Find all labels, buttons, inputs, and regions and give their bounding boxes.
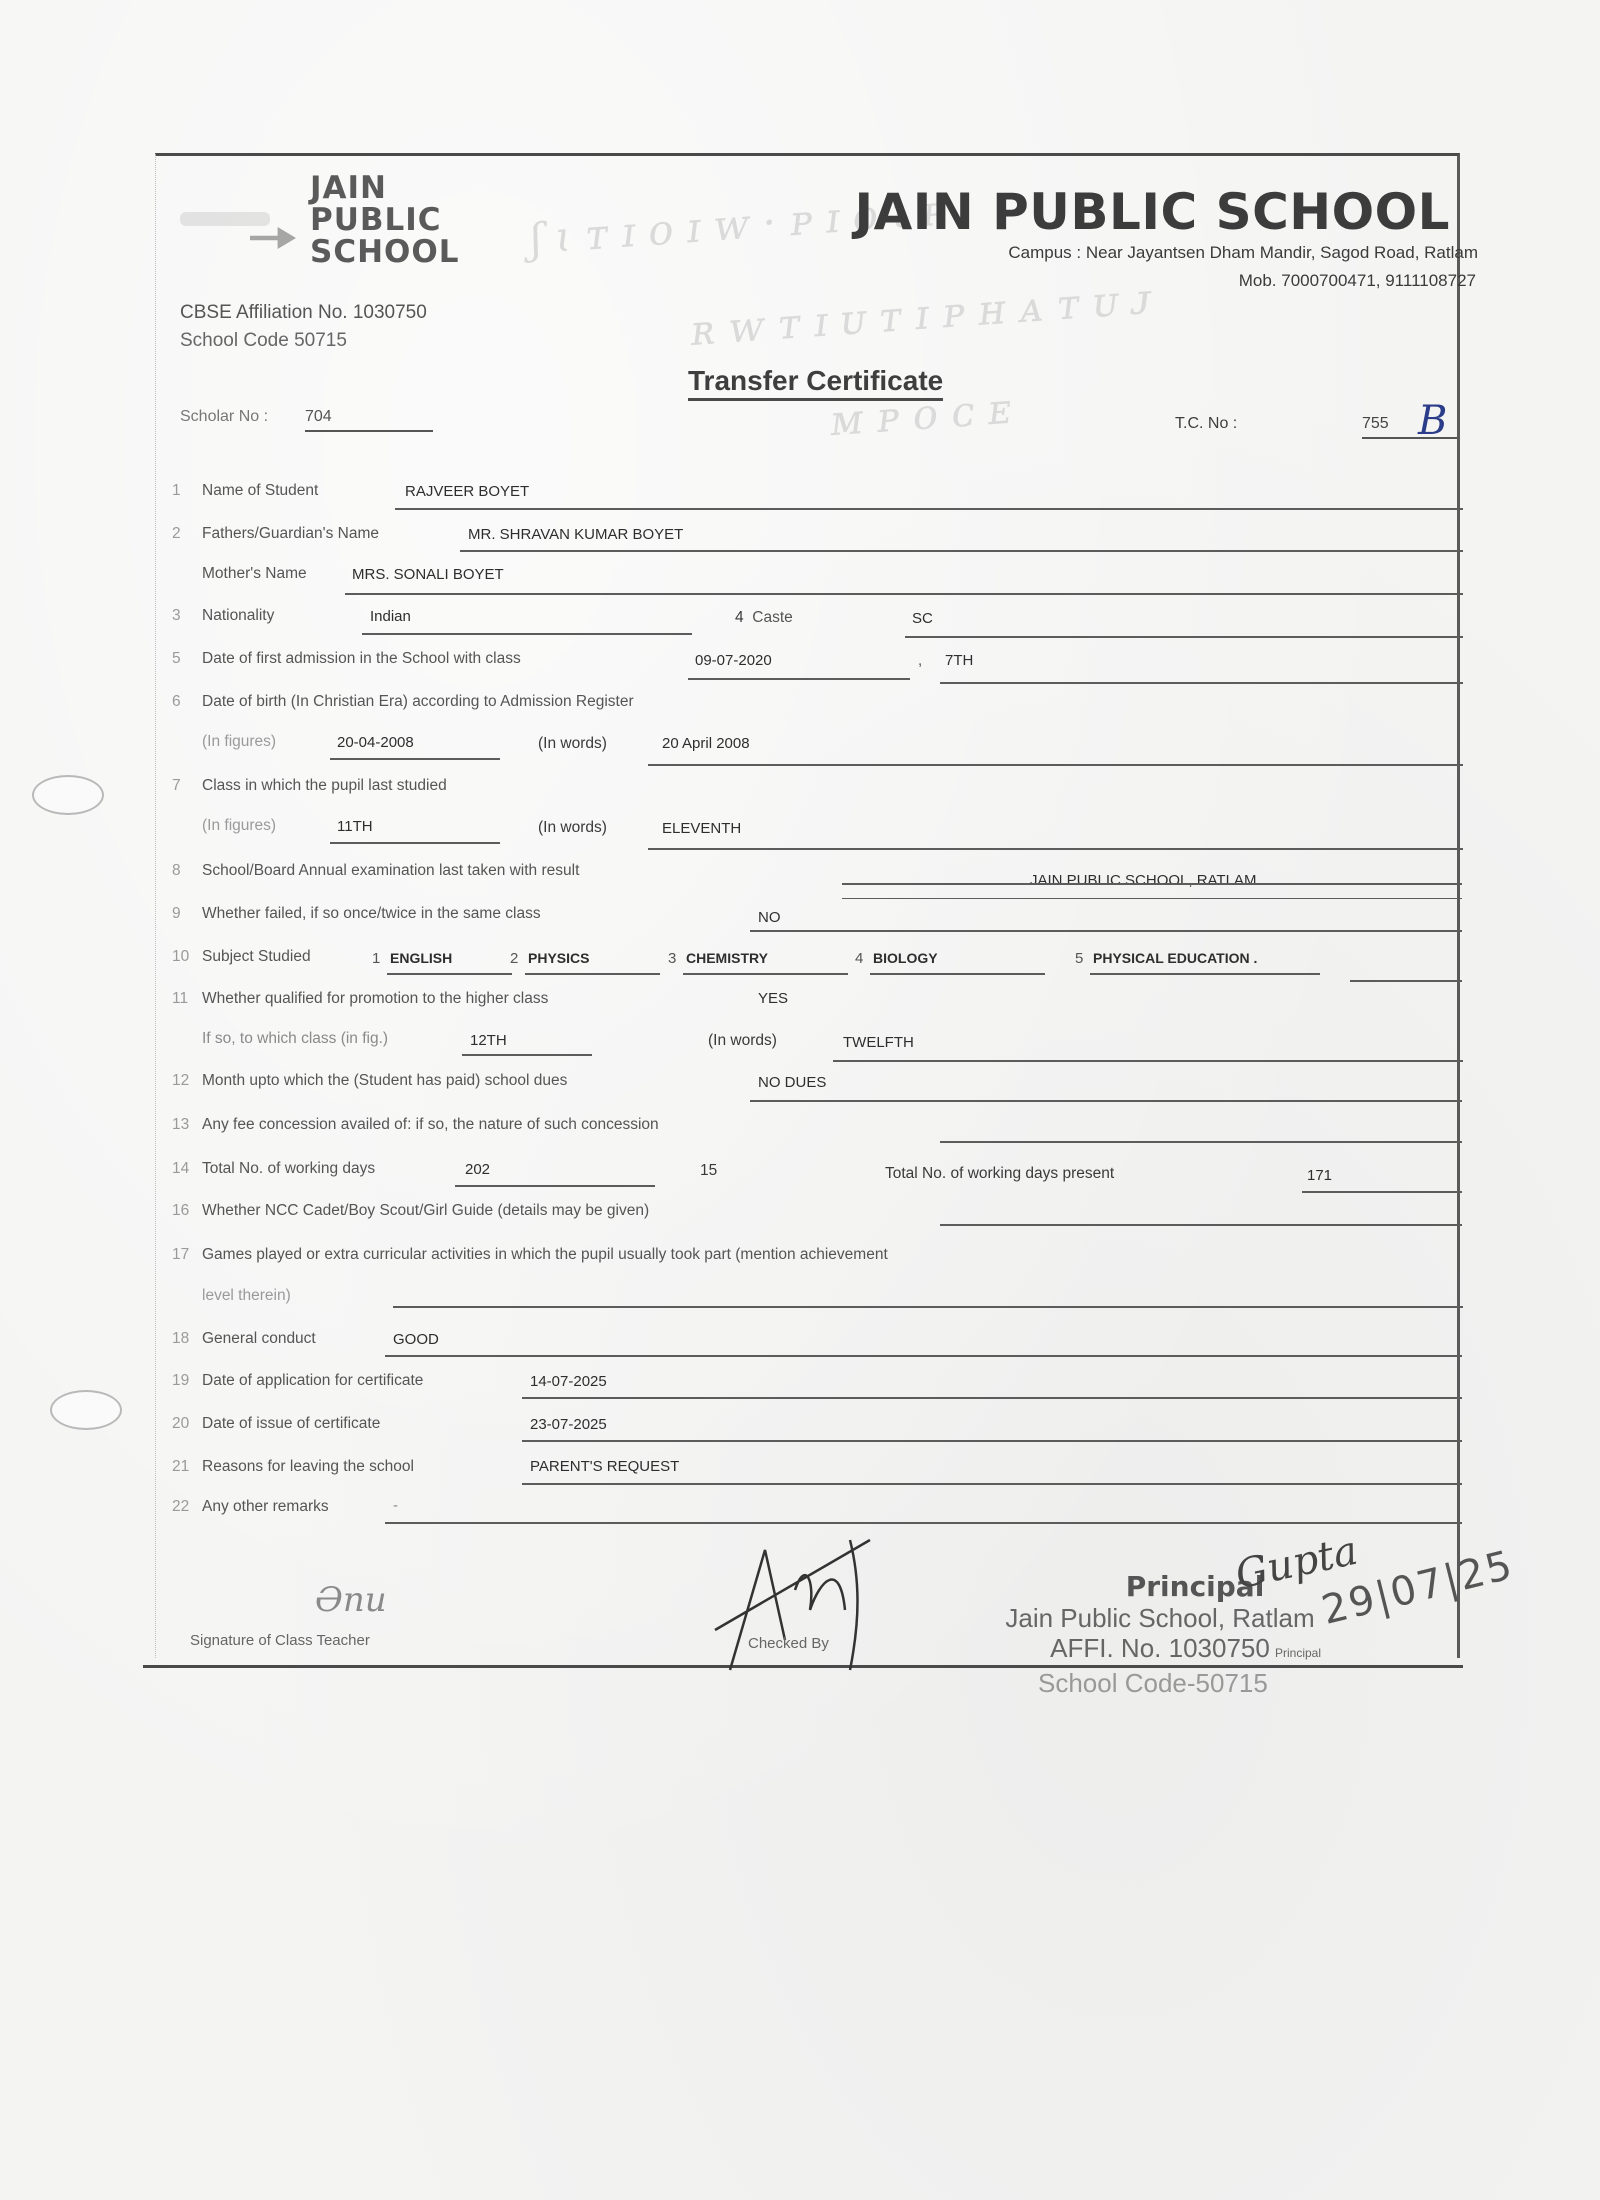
subject-number: 5 — [1075, 950, 1083, 967]
field-sublabel: (In words) — [538, 819, 607, 836]
underline — [683, 973, 848, 975]
underline — [525, 973, 660, 975]
field-father-name: 2Fathers/Guardian's Name — [172, 525, 379, 543]
principal-small-label: Principal — [1275, 1646, 1321, 1660]
underline — [387, 973, 512, 975]
field-working-days: 14Total No. of working days — [172, 1160, 375, 1178]
field-number: 10 — [172, 948, 202, 966]
field-mother-name: Mother's Name — [172, 565, 307, 583]
class-words-value: ELEVENTH — [662, 820, 741, 837]
field-other-remarks: 22Any other remarks — [172, 1498, 329, 1516]
field-label: Any fee concession availed of: if so, th… — [202, 1116, 659, 1133]
underline — [522, 1397, 1462, 1399]
class-figures-label: (In figures) — [202, 817, 276, 835]
underline — [940, 1224, 1462, 1226]
field-number: 17 — [172, 1246, 202, 1264]
field-label: Date of birth (In Christian Era) accordi… — [202, 693, 634, 710]
subject-name: CHEMISTRY — [686, 950, 768, 966]
field-caste: 4 Caste — [735, 609, 793, 627]
field-fee-concession: 13Any fee concession availed of: if so, … — [172, 1116, 659, 1134]
underline — [345, 593, 1463, 595]
field-label: General conduct — [202, 1330, 316, 1347]
underline — [870, 973, 1045, 975]
field-number: 6 — [172, 693, 202, 711]
dob-figures-label: (In figures) — [202, 733, 276, 751]
class-teacher-label: Signature of Class Teacher — [190, 1632, 370, 1649]
underline — [688, 678, 910, 680]
field-number: 12 — [172, 1072, 202, 1090]
dob-words-value: 20 April 2008 — [662, 735, 750, 752]
field-number: 15 — [700, 1162, 717, 1179]
field-number: 16 — [172, 1202, 202, 1220]
field-sublabel: If so, to which class (in fig.) — [202, 1030, 388, 1047]
subject-number: 2 — [510, 950, 518, 967]
field-number: 2 — [172, 525, 202, 543]
underline — [330, 842, 500, 844]
school-code: School Code 50715 — [180, 330, 347, 352]
tc-handwritten-suffix: B — [1418, 398, 1447, 444]
certificate-title: Transfer Certificate — [688, 365, 943, 401]
field-number: 14 — [172, 1160, 202, 1178]
subject-number: 4 — [855, 950, 863, 967]
school-name: JAIN PUBLIC SCHOOL — [855, 183, 1451, 241]
field-label: Caste — [752, 609, 793, 626]
underline — [522, 1440, 1462, 1442]
underline — [905, 636, 1463, 638]
field-label: Any other remarks — [202, 1498, 329, 1515]
subject-name: ENGLISH — [390, 950, 452, 966]
subject-name: PHYSICAL EDUCATION . — [1093, 950, 1257, 966]
underline — [1302, 1191, 1462, 1193]
field-label: Games played or extra curricular activit… — [202, 1246, 888, 1263]
field-number: 9 — [172, 905, 202, 923]
field-school-dues: 12Month upto which the (Student has paid… — [172, 1072, 567, 1090]
underline — [330, 758, 500, 760]
class-figures-value: 11TH — [337, 818, 373, 835]
checked-by-signature — [710, 1520, 880, 1680]
working-days-value: 202 — [465, 1161, 490, 1178]
mother-name-value: MRS. SONALI BOYET — [352, 566, 504, 583]
underline — [833, 1060, 1463, 1062]
field-sublabel: (In words) — [708, 1032, 777, 1049]
field-ncc: 16Whether NCC Cadet/Boy Scout/Girl Guide… — [172, 1202, 649, 1220]
admission-date-value: 09-07-2020 — [695, 652, 772, 669]
underline — [385, 1522, 1462, 1524]
logo-line-3: SCHOOL — [310, 236, 459, 268]
field-whether-failed: 9Whether failed, if so once/twice in the… — [172, 905, 541, 923]
principal-school: Jain Public School, Ratlam — [970, 1603, 1350, 1633]
field-sublabel: (In words) — [538, 735, 607, 752]
class-teacher-signature: Ənu — [315, 1580, 387, 1620]
subject-number: 3 — [668, 950, 676, 967]
field-label: School/Board Annual examination last tak… — [202, 862, 579, 879]
field-number: 22 — [172, 1498, 202, 1516]
field-number: 7 — [172, 777, 202, 795]
promotion-value: YES — [758, 990, 788, 1007]
field-name-of-student: 1Name of Student — [172, 482, 318, 500]
promotion-class-label: If so, to which class (in fig.) — [202, 1030, 388, 1048]
field-label: Class in which the pupil last studied — [202, 777, 447, 794]
field-number: 4 — [735, 609, 744, 626]
student-name-value: RAJVEER BOYET — [405, 483, 529, 500]
underline — [648, 764, 1463, 766]
field-label: Name of Student — [202, 482, 318, 499]
father-name-value: MR. SHRAVAN KUMAR BOYET — [468, 526, 683, 543]
other-remarks-value: - — [393, 1497, 398, 1514]
field-sublabel: (In figures) — [202, 817, 276, 834]
punch-hole-bottom — [50, 1390, 122, 1430]
field-number: 13 — [172, 1116, 202, 1134]
scholar-no-label: Scholar No : — [180, 408, 268, 426]
field-label: Date of issue of certificate — [202, 1415, 380, 1432]
field-extracurricular: 17Games played or extra curricular activ… — [172, 1246, 888, 1264]
field-number: 19 — [172, 1372, 202, 1390]
class-words-label: (In words) — [538, 819, 607, 837]
field-general-conduct: 18General conduct — [172, 1330, 316, 1348]
school-logo: JAIN PUBLIC SCHOOL — [170, 172, 470, 282]
underline — [842, 883, 1462, 885]
whether-failed-value: NO — [758, 909, 781, 926]
logo-faint-mark — [180, 212, 270, 226]
underline — [462, 1054, 592, 1056]
field-days-present-number: 15 — [700, 1162, 717, 1180]
field-label: Date of application for certificate — [202, 1372, 423, 1389]
underline — [455, 1185, 655, 1187]
logo-line-1: JAIN — [310, 172, 459, 204]
subject-name: BIOLOGY — [873, 950, 938, 966]
field-first-admission: 5Date of first admission in the School w… — [172, 650, 521, 668]
promotion-class-figures: 12TH — [470, 1032, 507, 1049]
field-leaving-reason: 21Reasons for leaving the school — [172, 1458, 414, 1476]
underline — [750, 930, 1462, 932]
underline — [940, 1141, 1462, 1143]
underline — [842, 898, 1462, 899]
field-days-present: Total No. of working days present — [885, 1165, 1114, 1183]
last-exam-value: JAIN PUBLIC SCHOOL, RATLAM — [1030, 872, 1256, 889]
field-label: Date of first admission in the School wi… — [202, 650, 521, 667]
field-number: 11 — [172, 990, 202, 1008]
field-label: Nationality — [202, 607, 274, 624]
underline — [648, 848, 1463, 850]
field-nationality: 3Nationality — [172, 607, 274, 625]
leaving-reason-value: PARENT'S REQUEST — [530, 1458, 679, 1475]
promotion-class-words: TWELFTH — [843, 1034, 914, 1051]
field-label: Month upto which the (Student has paid) … — [202, 1072, 567, 1089]
field-last-class: 7Class in which the pupil last studied — [172, 777, 447, 795]
logo-line-2: PUBLIC — [310, 204, 459, 236]
field-issue-date: 20Date of issue of certificate — [172, 1415, 380, 1433]
promotion-words-label: (In words) — [708, 1032, 777, 1050]
dob-words-label: (In words) — [538, 735, 607, 753]
issue-date-value: 23-07-2025 — [530, 1416, 607, 1433]
cbse-affiliation: CBSE Affiliation No. 1030750 — [180, 302, 427, 324]
field-label: Reasons for leaving the school — [202, 1458, 414, 1475]
nationality-value: Indian — [370, 608, 411, 625]
general-conduct-value: GOOD — [393, 1331, 439, 1348]
punch-hole-top — [32, 775, 104, 815]
underline — [395, 508, 1463, 510]
field-number: 5 — [172, 650, 202, 668]
field-application-date: 19Date of application for certificate — [172, 1372, 423, 1390]
underline — [522, 1483, 1462, 1485]
field-number: 8 — [172, 862, 202, 880]
field-number: 1 — [172, 482, 202, 500]
field-sublabel: (In figures) — [202, 733, 276, 750]
field-last-exam: 8School/Board Annual examination last ta… — [172, 862, 579, 880]
mobile-numbers: Mob. 7000700471, 9111108727 — [1239, 271, 1476, 291]
arrow-icon — [250, 227, 296, 249]
tc-no-label: T.C. No : — [1175, 415, 1237, 433]
field-number: 3 — [172, 607, 202, 625]
underline — [393, 1306, 1463, 1308]
field-label: Whether failed, if so once/twice in the … — [202, 905, 541, 922]
scholar-no-value: 704 — [305, 408, 433, 432]
field-date-of-birth: 6Date of birth (In Christian Era) accord… — [172, 693, 634, 711]
subject-name: PHYSICS — [528, 950, 589, 966]
field-label: Total No. of working days — [202, 1160, 375, 1177]
underline — [1350, 980, 1462, 982]
school-dues-value: NO DUES — [758, 1074, 826, 1091]
field-number: 21 — [172, 1458, 202, 1476]
field-label: Whether NCC Cadet/Boy Scout/Girl Guide (… — [202, 1202, 649, 1219]
campus-address: Campus : Near Jayantsen Dham Mandir, Sag… — [1008, 243, 1478, 263]
comma-separator: , — [918, 652, 922, 669]
field-label: Total No. of working days present — [885, 1165, 1114, 1182]
field-promotion: 11Whether qualified for promotion to the… — [172, 990, 548, 1008]
dob-figures-value: 20-04-2008 — [337, 734, 414, 751]
extracurricular-label-cont: level therein) — [202, 1287, 291, 1305]
subject-number: 1 — [372, 950, 380, 967]
underline — [385, 1355, 1462, 1357]
underline — [750, 1100, 1462, 1102]
field-label: level therein) — [202, 1287, 291, 1304]
caste-value: SC — [912, 610, 933, 627]
underline — [362, 633, 692, 635]
underline — [1090, 973, 1320, 975]
field-label: Subject Studied — [202, 948, 311, 965]
underline — [940, 682, 1463, 684]
field-number: 18 — [172, 1330, 202, 1348]
field-number: 20 — [172, 1415, 202, 1433]
field-label: Mother's Name — [202, 565, 307, 582]
field-subjects: 10Subject Studied — [172, 948, 311, 966]
checked-by-label: Checked By — [748, 1635, 829, 1652]
underline — [460, 550, 1463, 552]
application-date-value: 14-07-2025 — [530, 1373, 607, 1390]
field-label: Whether qualified for promotion to the h… — [202, 990, 548, 1007]
logo-text: JAIN PUBLIC SCHOOL — [310, 172, 459, 268]
principal-school-code: School Code-50715 — [1038, 1668, 1268, 1699]
days-present-value: 171 — [1307, 1167, 1332, 1184]
field-label: Fathers/Guardian's Name — [202, 525, 379, 542]
admission-class-value: 7TH — [945, 652, 973, 669]
